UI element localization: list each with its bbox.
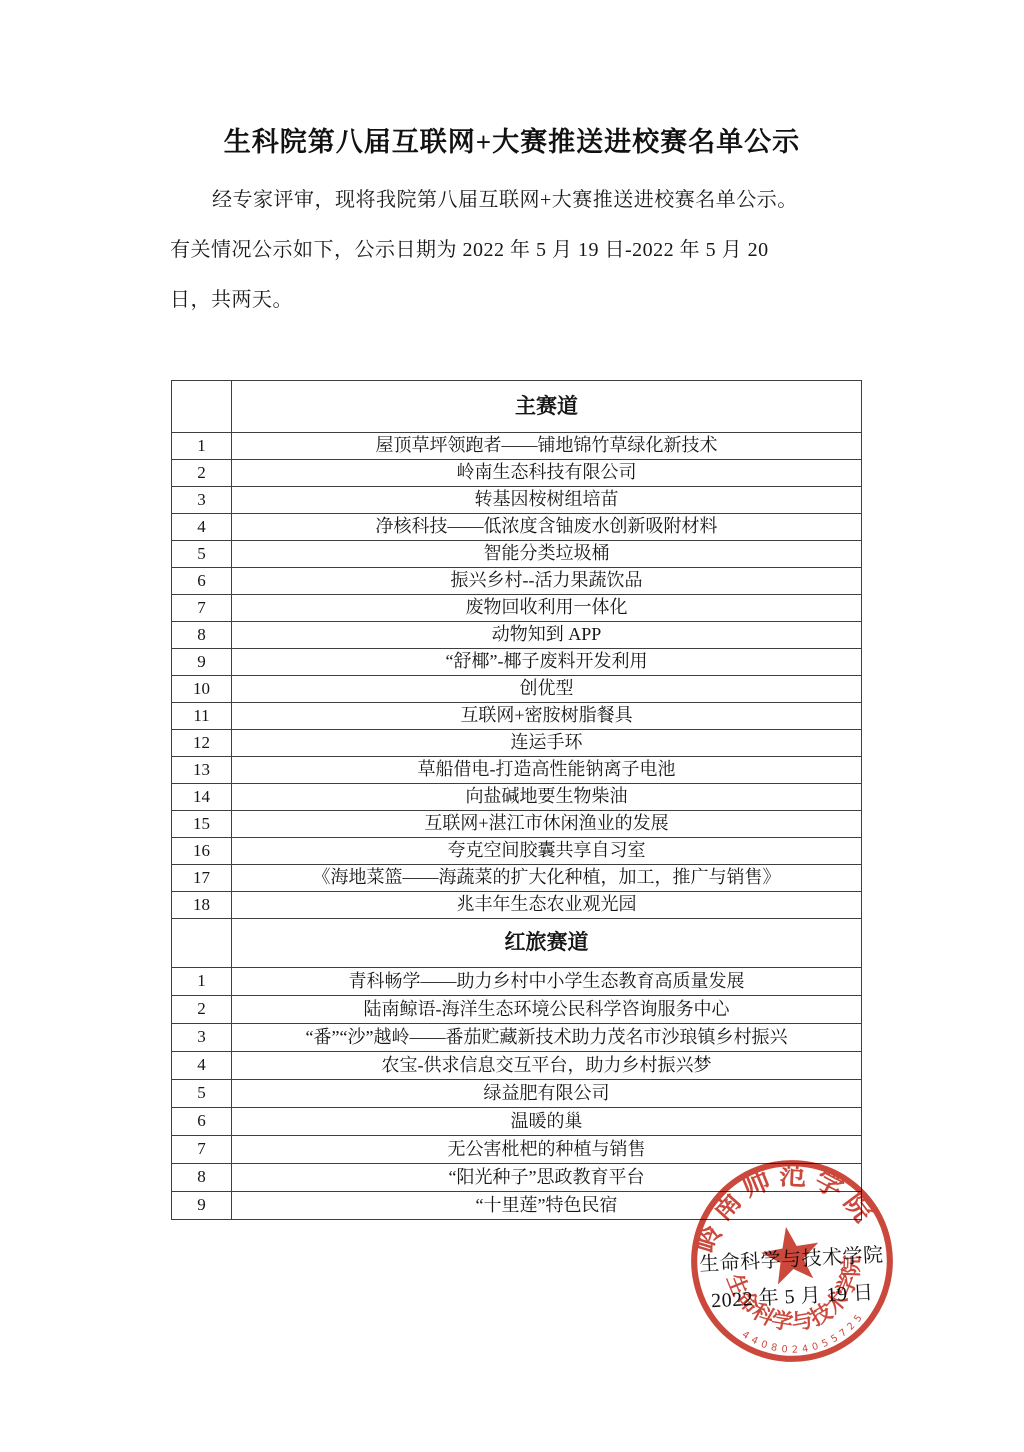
table-row: 12连运手环 — [172, 730, 862, 757]
project-name: 屋顶草坪领跑者——铺地锦竹草绿化新技术 — [232, 433, 862, 460]
row-number: 14 — [172, 784, 232, 811]
paragraph-line-3: 日，共两天。 — [170, 283, 866, 312]
row-number: 17 — [172, 865, 232, 892]
project-name: 振兴乡村--活力果蔬饮品 — [232, 568, 862, 595]
project-name: “舒椰”-椰子废料开发利用 — [232, 649, 862, 676]
project-name: 净核科技——低浓度含铀废水创新吸附材料 — [232, 514, 862, 541]
section-header-label: 红旅赛道 — [232, 919, 862, 968]
table-row: 13草船借电-打造高性能钠离子电池 — [172, 757, 862, 784]
row-number: 2 — [172, 996, 232, 1024]
row-number: 6 — [172, 1108, 232, 1136]
project-name: 向盐碱地要生物柴油 — [232, 784, 862, 811]
project-name: 岭南生态科技有限公司 — [232, 460, 862, 487]
row-number: 3 — [172, 1024, 232, 1052]
project-name: 兆丰年生态农业观光园 — [232, 892, 862, 919]
row-number: 5 — [172, 1080, 232, 1108]
project-name: 青科畅学——助力乡村中小学生态教育高质量发展 — [232, 968, 862, 996]
document-title: 生科院第八届互联网+大赛推送进校赛名单公示 — [0, 120, 1024, 159]
row-number: 8 — [172, 1164, 232, 1192]
document-page: 生科院第八届互联网+大赛推送进校赛名单公示 经专家评审，现将我院第八届互联网+大… — [0, 0, 1024, 1452]
project-name: 温暖的巢 — [232, 1108, 862, 1136]
section-header-main-track: 主赛道 — [172, 381, 862, 433]
table-row: 14向盐碱地要生物柴油 — [172, 784, 862, 811]
table-row: 3转基因桉树组培苗 — [172, 487, 862, 514]
section-header-label: 主赛道 — [232, 381, 862, 433]
row-number: 2 — [172, 460, 232, 487]
table-row: 6温暖的巢 — [172, 1108, 862, 1136]
table-row: 2陆南鲸语-海洋生态环境公民科学咨询服务中心 — [172, 996, 862, 1024]
project-name: 夸克空间胶囊共享自习室 — [232, 838, 862, 865]
seal-star-icon — [757, 1222, 824, 1287]
row-number: 18 — [172, 892, 232, 919]
table-row: 16夸克空间胶囊共享自习室 — [172, 838, 862, 865]
competition-roster-table: 主赛道 1屋顶草坪领跑者——铺地锦竹草绿化新技术 2岭南生态科技有限公司 3转基… — [171, 380, 862, 1220]
row-number: 4 — [172, 1052, 232, 1080]
table-row: 7废物回收利用一体化 — [172, 595, 862, 622]
project-name: 绿益肥有限公司 — [232, 1080, 862, 1108]
section-header-red-track: 红旅赛道 — [172, 919, 862, 968]
table-row: 17《海地菜篮——海蔬菜的扩大化种植，加工，推广与销售》 — [172, 865, 862, 892]
row-number: 4 — [172, 514, 232, 541]
project-name: 《海地菜篮——海蔬菜的扩大化种植，加工，推广与销售》 — [232, 865, 862, 892]
row-number: 13 — [172, 757, 232, 784]
row-number: 1 — [172, 433, 232, 460]
header-spacer-cell — [172, 919, 232, 968]
table-row: 9“舒椰”-椰子废料开发利用 — [172, 649, 862, 676]
table-row: 18兆丰年生态农业观光园 — [172, 892, 862, 919]
table-row: 5绿益肥有限公司 — [172, 1080, 862, 1108]
table-row: 1屋顶草坪领跑者——铺地锦竹草绿化新技术 — [172, 433, 862, 460]
row-number: 16 — [172, 838, 232, 865]
project-name: 陆南鲸语-海洋生态环境公民科学咨询服务中心 — [232, 996, 862, 1024]
paragraph-line-2: 有关情况公示如下，公示日期为 2022 年 5 月 19 日-2022 年 5 … — [170, 233, 866, 262]
row-number: 5 — [172, 541, 232, 568]
table-row: 6振兴乡村--活力果蔬饮品 — [172, 568, 862, 595]
project-name: 创优型 — [232, 676, 862, 703]
official-seal-stamp: 岭南师范学院 生命科学与技术学院 4408024055725 — [685, 1154, 899, 1368]
project-name: 互联网+湛江市休闲渔业的发展 — [232, 811, 862, 838]
project-name: 农宝-供求信息交互平台，助力乡村振兴梦 — [232, 1052, 862, 1080]
row-number: 9 — [172, 1192, 232, 1220]
project-name: 动物知到 APP — [232, 622, 862, 649]
row-number: 15 — [172, 811, 232, 838]
project-name: “番”“沙”越岭——番茄贮藏新技术助力茂名市沙琅镇乡村振兴 — [232, 1024, 862, 1052]
table-row: 15互联网+湛江市休闲渔业的发展 — [172, 811, 862, 838]
header-spacer-cell — [172, 381, 232, 433]
table-row: 4农宝-供求信息交互平台，助力乡村振兴梦 — [172, 1052, 862, 1080]
table-row: 4净核科技——低浓度含铀废水创新吸附材料 — [172, 514, 862, 541]
row-number: 9 — [172, 649, 232, 676]
project-name: 互联网+密胺树脂餐具 — [232, 703, 862, 730]
table-row: 3“番”“沙”越岭——番茄贮藏新技术助力茂名市沙琅镇乡村振兴 — [172, 1024, 862, 1052]
table-row: 5智能分类垃圾桶 — [172, 541, 862, 568]
row-number: 8 — [172, 622, 232, 649]
project-name: 废物回收利用一体化 — [232, 595, 862, 622]
project-name: 智能分类垃圾桶 — [232, 541, 862, 568]
row-number: 1 — [172, 968, 232, 996]
paragraph-line-1: 经专家评审，现将我院第八届互联网+大赛推送进校赛名单公示。 — [170, 183, 908, 212]
row-number: 7 — [172, 595, 232, 622]
row-number: 12 — [172, 730, 232, 757]
row-number: 10 — [172, 676, 232, 703]
table-row: 11互联网+密胺树脂餐具 — [172, 703, 862, 730]
table-row: 8动物知到 APP — [172, 622, 862, 649]
row-number: 7 — [172, 1136, 232, 1164]
table-row: 2岭南生态科技有限公司 — [172, 460, 862, 487]
project-name: 草船借电-打造高性能钠离子电池 — [232, 757, 862, 784]
table-row: 10创优型 — [172, 676, 862, 703]
row-number: 11 — [172, 703, 232, 730]
row-number: 3 — [172, 487, 232, 514]
project-name: 转基因桉树组培苗 — [232, 487, 862, 514]
row-number: 6 — [172, 568, 232, 595]
project-name: 连运手环 — [232, 730, 862, 757]
table-row: 1青科畅学——助力乡村中小学生态教育高质量发展 — [172, 968, 862, 996]
